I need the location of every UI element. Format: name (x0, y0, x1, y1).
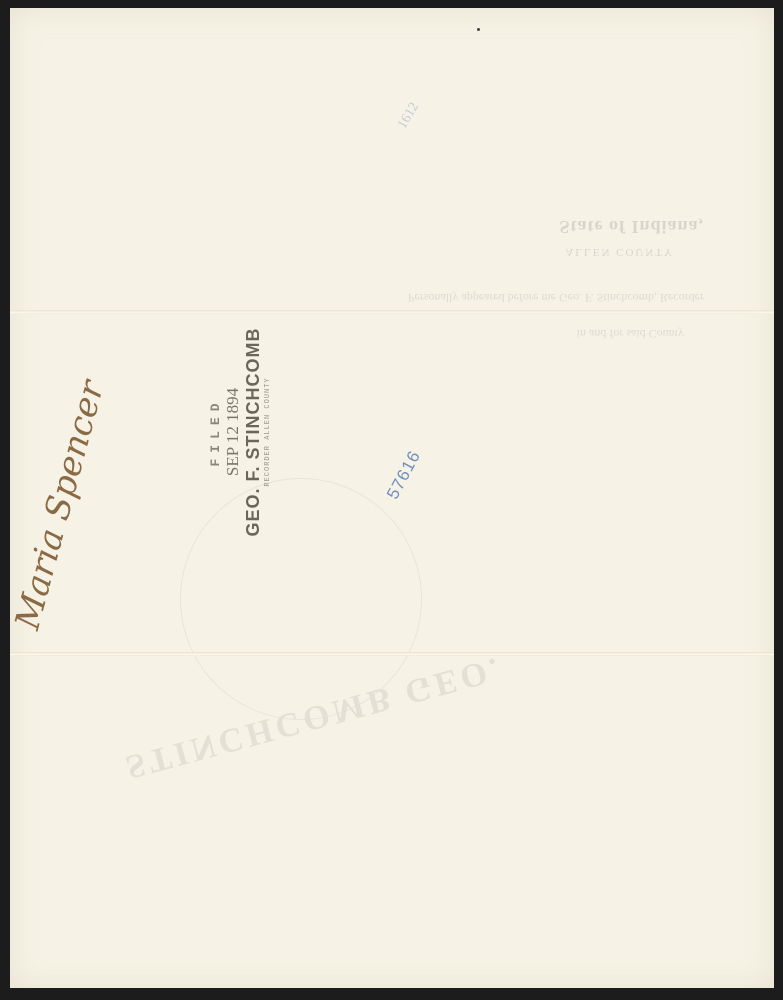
bleed-through-county: ALLEN COUNTY (565, 246, 674, 258)
signature: Maria Spencer (10, 370, 110, 640)
bleed-through-line-1: Personally appeared before me Geo. F. St… (408, 290, 704, 305)
bleed-through-line-2: in and for said County (577, 326, 684, 341)
fold-line-upper (10, 310, 774, 314)
bleed-through-state: State of Indiana, (559, 216, 704, 237)
faint-pencil-number: 1612 (395, 100, 423, 132)
signature-text: Maria Spencer (6, 369, 115, 640)
stamp-recorder-title: RECORDER ALLEN COUNTY (264, 312, 272, 552)
fold-line-lower (10, 652, 774, 656)
stamp-date: SEP 12 1894 (223, 312, 243, 552)
stamp-recorder-name: GEO. F. STINCHCOMB (243, 312, 264, 552)
ink-speck (477, 28, 480, 31)
filing-stamp: FILED SEP 12 1894 GEO. F. STINCHCOMB REC… (180, 340, 300, 580)
stamp-filed-label: FILED (208, 312, 223, 552)
